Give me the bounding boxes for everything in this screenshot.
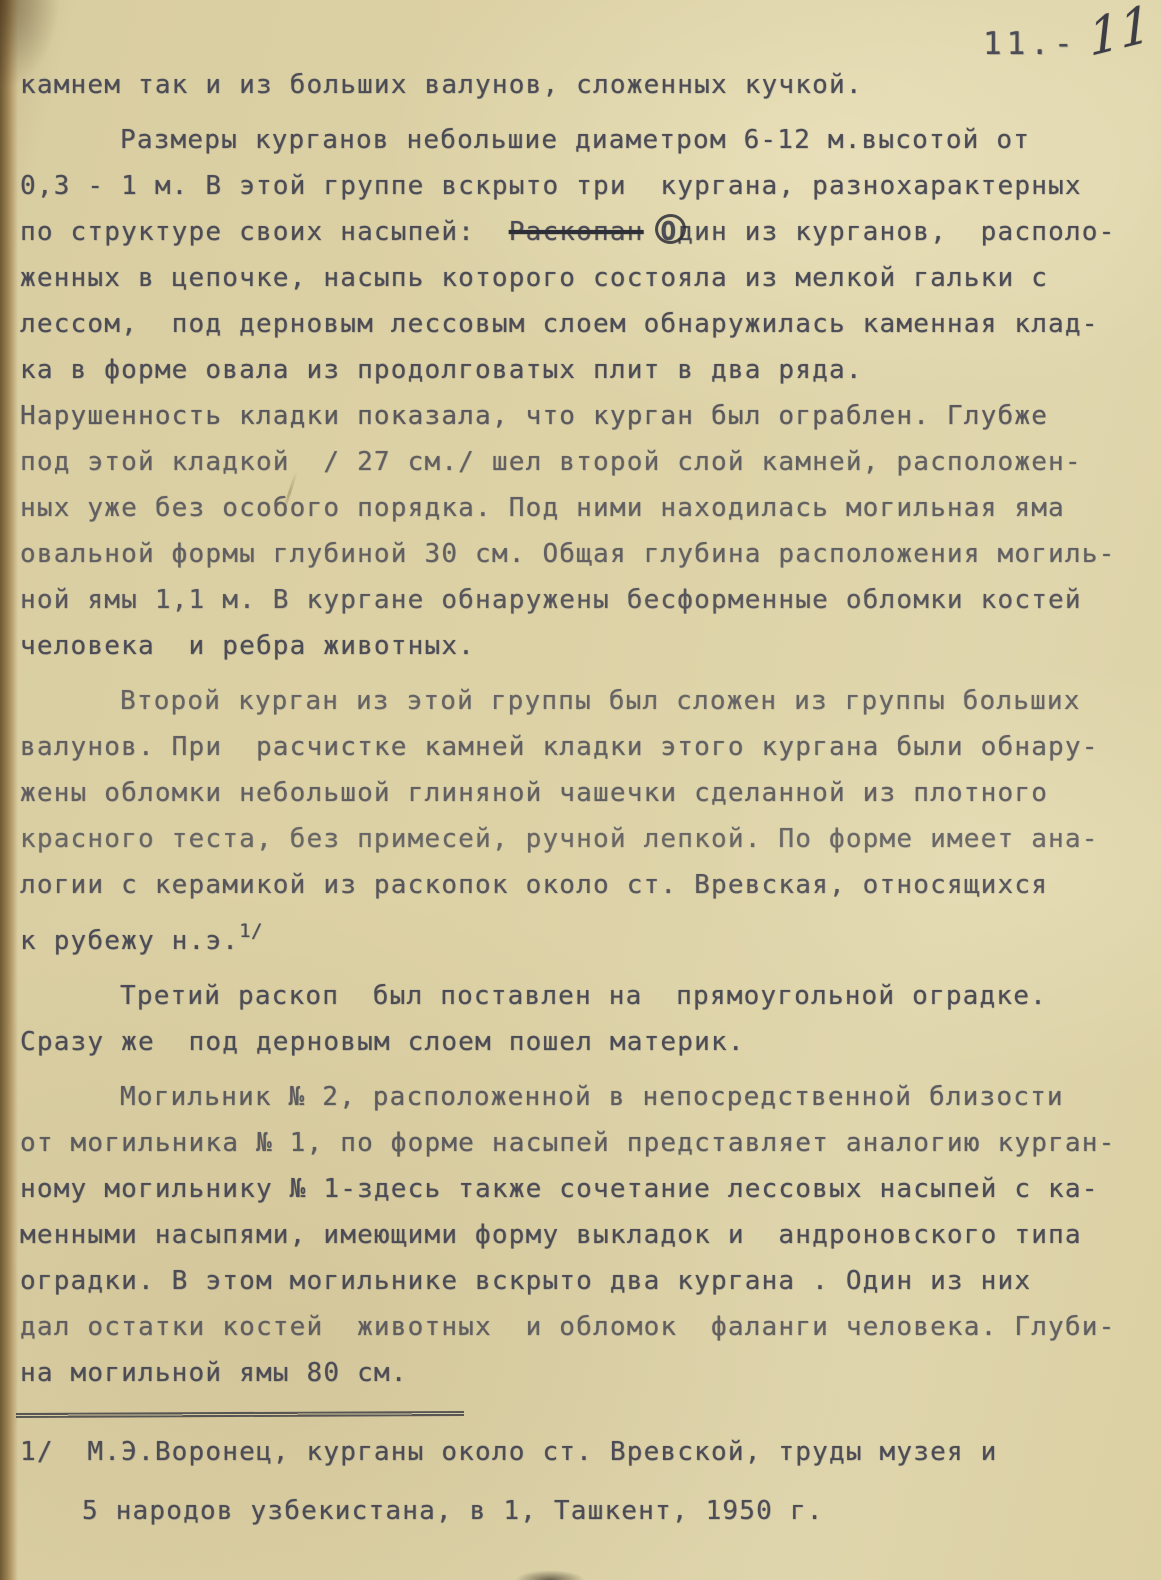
text-line: 0,3 - 1 м. В этой группе вскрыто три кур…	[20, 163, 1148, 209]
typed-text: дал остатки костей животных и обломок фа…	[20, 1312, 1115, 1342]
typed-text: 1/ М.Э.Воронец, курганы около ст. Вревск…	[20, 1437, 998, 1467]
text-line: лессом, под дерновым лессовым слоем обна…	[20, 301, 1148, 347]
typed-text: женных в цепочке, насыпь которого состоя…	[20, 263, 1048, 293]
typed-text: логии с керамикой из раскопок около ст. …	[20, 870, 1048, 900]
text-line: менными насыпями, имеющими форму выкладо…	[20, 1212, 1148, 1258]
typed-text: 0,3 - 1 м. В этой группе вскрыто три кур…	[20, 171, 1082, 201]
typed-text: дин из курганов, располо-	[677, 217, 1115, 247]
text-line: женных в цепочке, насыпь которого состоя…	[20, 255, 1148, 301]
typed-text: ных уже без особого порядка. Под ними на…	[20, 493, 1065, 523]
typed-text: ной ямы 1,1 м. В кургане обнаружены бесф…	[20, 585, 1082, 615]
text-line: по структуре своих насыпей: Раскопан Оди…	[20, 209, 1148, 255]
text-line: оградки. В этом могильнике вскрыто два к…	[20, 1258, 1148, 1304]
text-line: дал остатки костей животных и обломок фа…	[20, 1304, 1148, 1350]
text-line: ному могильнику № 1-здесь также сочетани…	[20, 1166, 1148, 1212]
text-line: камнем так и из больших валунов, сложенн…	[20, 62, 1148, 108]
typed-text: валунов. При расчистке камней кладки это…	[20, 732, 1099, 762]
typed-text: жены обломки небольшой глиняной чашечки …	[20, 778, 1048, 808]
text-line: ных уже без особого порядка. Под ними на…	[20, 485, 1148, 531]
typed-page-number: 11.-	[983, 26, 1078, 62]
document-body: камнем так и из больших валунов, сложенн…	[20, 62, 1148, 1541]
text-line: Третий раскоп был поставлен на прямоугол…	[20, 973, 1148, 1019]
text-line: 1/ М.Э.Воронец, курганы около ст. Вревск…	[20, 1423, 1148, 1482]
typed-text: человека и ребра животных.	[20, 631, 475, 661]
text-line: к рубежу н.э.1/	[20, 908, 1148, 964]
text-line: Сразу же под дерновым слоем пошел матери…	[20, 1019, 1148, 1065]
text-line: ной ямы 1,1 м. В кургане обнаружены бесф…	[20, 577, 1148, 623]
text-line: Размеры курганов небольшие диаметром 6-1…	[20, 117, 1148, 163]
text-line: Второй курган из этой группы был сложен …	[20, 678, 1148, 724]
text-line: овальной формы глубиной 30 см. Общая глу…	[20, 531, 1148, 577]
typed-text: Нарушенность кладки показала, что курган…	[20, 401, 1048, 431]
typed-text: к рубежу н.э.	[20, 926, 239, 956]
typed-text: Третий раскоп был поставлен на прямоугол…	[120, 981, 1047, 1011]
typed-text: ка в форме овала из продолговатых плит в…	[20, 355, 863, 385]
text-line: под этой кладкой / 27 см./ шел второй сл…	[20, 439, 1148, 485]
text-line: от могильника № 1, по форме насыпей пред…	[20, 1120, 1148, 1166]
footnote-lines: 1/ М.Э.Воронец, курганы около ст. Вревск…	[20, 1423, 1148, 1541]
typed-text: овальной формы глубиной 30 см. Общая глу…	[20, 539, 1115, 569]
pen-strikethrough-text: Раскопан	[509, 217, 644, 247]
typed-text: 5 народов узбекистана, в 1, Ташкент, 195…	[82, 1496, 824, 1526]
book-binding-edge	[0, 0, 18, 1580]
text-line: на могильной ямы 80 см.	[20, 1350, 1148, 1396]
text-line: человека и ребра животных.	[20, 623, 1148, 669]
footnote-divider	[16, 1411, 464, 1418]
handwritten-page-number: 11	[1087, 0, 1153, 68]
text-line: жены обломки небольшой глиняной чашечки …	[20, 770, 1148, 816]
typed-text: по структуре своих насыпей:	[20, 217, 509, 247]
footnote-reference: 1/	[239, 908, 263, 954]
scanned-document-page: { "theme": { "paper": "#ddd2a6", "ink": …	[0, 0, 1161, 1580]
typed-text: камнем так и из больших валунов, сложенн…	[20, 70, 863, 100]
typed-text: на могильной ямы 80 см.	[20, 1358, 408, 1388]
text-line: Могильник № 2, расположенной в непосредс…	[20, 1074, 1148, 1120]
typed-text: ному могильнику № 1-здесь также сочетани…	[20, 1174, 1099, 1204]
typed-text: Второй курган из этой группы был сложен …	[120, 686, 1081, 716]
typed-text: Могильник № 2, расположенной в непосредс…	[120, 1082, 1064, 1112]
typed-text: Размеры курганов небольшие диаметром 6-1…	[120, 125, 1030, 155]
pen-circled-letter: О	[660, 209, 677, 255]
text-line: логии с керамикой из раскопок около ст. …	[20, 862, 1148, 908]
text-line: ка в форме овала из продолговатых плит в…	[20, 347, 1148, 393]
typed-text: Сразу же под дерновым слоем пошел матери…	[20, 1027, 745, 1057]
typed-text: лессом, под дерновым лессовым слоем обна…	[20, 309, 1099, 339]
text-line: Нарушенность кладки показала, что курган…	[20, 393, 1148, 439]
text-line: 5 народов узбекистана, в 1, Ташкент, 195…	[20, 1482, 1148, 1541]
typed-text: оградки. В этом могильнике вскрыто два к…	[20, 1266, 1031, 1296]
typed-text: под этой кладкой / 27 см./ шел второй сл…	[20, 447, 1082, 477]
typed-text: от могильника № 1, по форме насыпей пред…	[20, 1128, 1115, 1158]
text-line: валунов. При расчистке камней кладки это…	[20, 724, 1148, 770]
page-edge-smudge	[515, 1570, 585, 1580]
typed-text: менными насыпями, имеющими форму выкладо…	[20, 1220, 1082, 1250]
typed-text: красного теста, без примесей, ручной леп…	[20, 824, 1099, 854]
text-line: красного теста, без примесей, ручной леп…	[20, 816, 1148, 862]
